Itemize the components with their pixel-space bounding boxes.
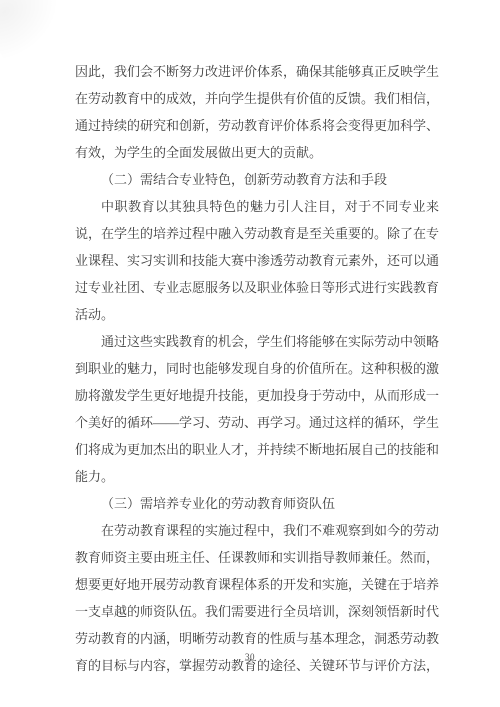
section-heading-3: （三）需培养专业化的劳动教育师资队伍 [75, 490, 439, 517]
scan-smudge [0, 0, 84, 67]
paragraph-continuation: 因此，我们会不断努力改进评价体系，确保其能够真正反映学生在劳动教育中的成效，并向… [75, 58, 439, 166]
section-heading-2: （二）需结合专业特色，创新劳动教育方法和手段 [75, 166, 439, 193]
page-number: 30 [245, 652, 255, 662]
document-page: 因此，我们会不断努力改进评价体系，确保其能够真正反映学生在劳动教育中的成效，并向… [0, 0, 500, 707]
paragraph: 通过这些实践教育的机会，学生们将能够在实际劳动中领略到职业的魅力，同时也能够发现… [75, 328, 439, 490]
page-footer: 30 [0, 647, 500, 665]
page-body: 因此，我们会不断努力改进评价体系，确保其能够真正反映学生在劳动教育中的成效，并向… [75, 58, 439, 679]
paragraph: 中职教育以其独具特色的魅力引人注目，对于不同专业来说，在学生的培养过程中融入劳动… [75, 193, 439, 328]
